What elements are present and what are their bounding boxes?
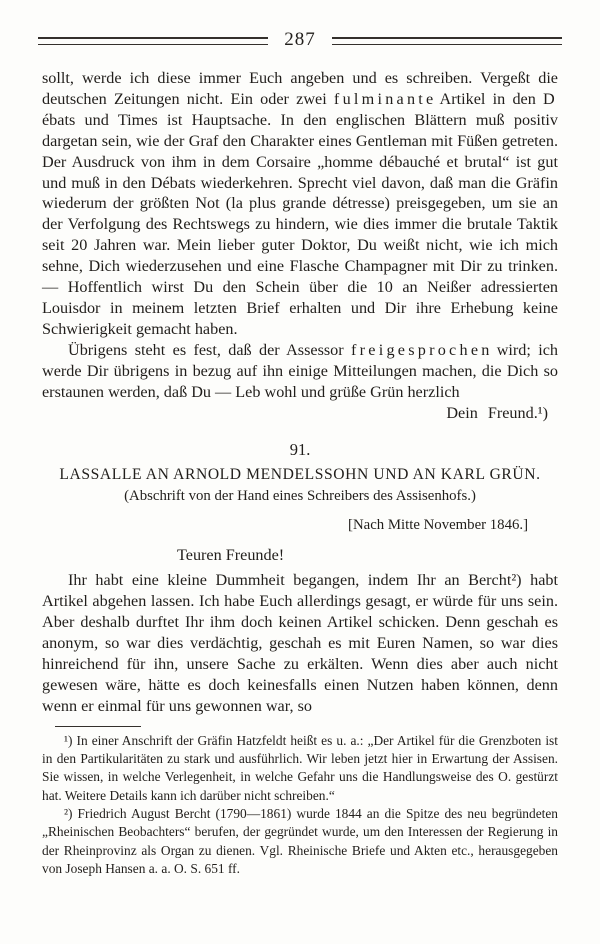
footnote-2: ²) Friedrich August Bercht (1790—1861) w…	[42, 805, 558, 878]
letter-91-subtitle: (Abschrift von der Hand eines Schreibers…	[42, 487, 558, 505]
running-head: 287	[38, 30, 562, 52]
header-rule-left	[38, 37, 268, 45]
footnote-1: ¹) In einer Anschrift der Gräfin Hatzfel…	[42, 732, 558, 805]
letter-91-title: LASSALLE AN ARNOLD MENDELSSOHN UND AN KA…	[42, 465, 558, 484]
footnote-separator-rule	[55, 726, 141, 727]
letter-91-body: Ihr habt eine kleine Dummheit begangen, …	[42, 570, 558, 716]
letter-91-body-paragraph: Ihr habt eine kleine Dummheit begangen, …	[42, 570, 558, 716]
letter-91-heading: 91. LASSALLE AN ARNOLD MENDELSSOHN UND A…	[42, 440, 558, 505]
page-number: 287	[284, 30, 316, 49]
letter-90-signature: Dein Freund.¹)	[42, 403, 558, 424]
letter-90-second-paragraph: Übrigens steht es fest, daß der Assessor…	[42, 340, 558, 403]
letter-90-end: sollt, werde ich diese immer Euch angebe…	[42, 68, 558, 423]
letter-91-number: 91.	[42, 440, 558, 460]
book-page: 287 sollt, werde ich diese immer Euch an…	[0, 0, 600, 944]
letter-91-salutation: Teuren Freunde!	[177, 545, 558, 565]
footnotes-block: ¹) In einer Anschrift der Gräfin Hatzfel…	[42, 732, 558, 878]
letter-91-date: [Nach Mitte November 1846.]	[42, 517, 558, 534]
header-rule-right	[332, 37, 562, 45]
letter-90-continuation-paragraph: sollt, werde ich diese immer Euch angebe…	[42, 68, 558, 340]
